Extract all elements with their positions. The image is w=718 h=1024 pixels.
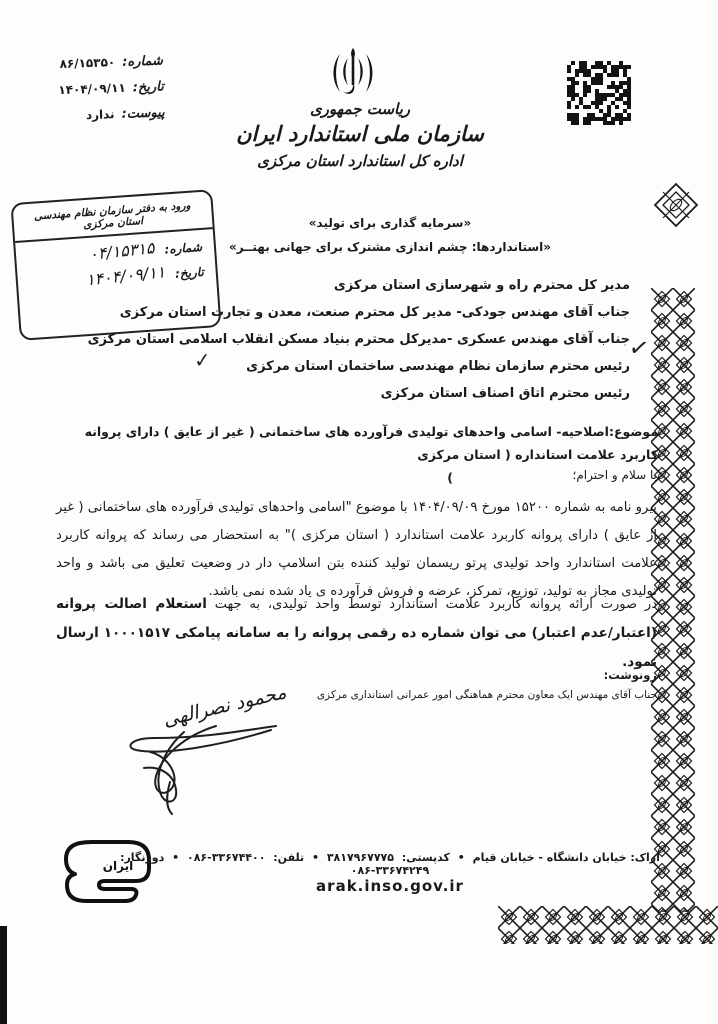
subject-line2: ): [58, 466, 453, 489]
footer-phone-label: تلفن:: [273, 851, 304, 864]
organization-header: ریاست جمهوری سازمان ملی استاندارد ایران …: [200, 100, 520, 170]
qr-code: [567, 61, 631, 127]
handwritten-signature: محمود نصرالهی: [66, 664, 301, 819]
recipient-line: رئیس محترم سازمان نظام مهندسی ساختمان اس…: [88, 353, 630, 380]
org-line-name: سازمان ملی استاندارد ایران: [200, 122, 520, 146]
letter-date-row: تاریخ: ۱۴۰۴/۰۹/۱۱: [16, 79, 164, 99]
org-line-office: اداره کل استاندارد استان مرکزی: [200, 152, 520, 170]
stamp-number-label: شماره:: [164, 240, 202, 257]
subject-block: موضوع:اصلاحیه- اسامی واحدهای تولیدی فرآو…: [58, 420, 658, 489]
letter-attachment-label: پیوست:: [121, 105, 165, 121]
footer-fax-value: ۰۸۶-۳۳۶۷۴۲۴۹: [351, 864, 429, 877]
footer-bullet: •: [172, 851, 179, 864]
footer-postal-label: کدپستی:: [402, 851, 450, 864]
slogan-standards: «استانداردها: چشم اندازی مشترک برای جهان…: [150, 235, 630, 259]
letter-date-label: تاریخ:: [132, 79, 164, 95]
letter-meta-block: شماره: ۸۶/۱۵۳۵۰ تاریخ: ۱۴۰۴/۰۹/۱۱ پیوست:…: [15, 53, 166, 136]
signature-flourish: [130, 726, 276, 814]
border-diamond-motif: [652, 181, 700, 229]
scanned-letter-page: شماره: ۸۶/۱۵۳۵۰ تاریخ: ۱۴۰۴/۰۹/۱۱ پیوست:…: [0, 0, 718, 1024]
recipient-line: مدیر کل محترم راه و شهرسازی استان مرکزی: [88, 272, 630, 299]
cc-block: رونوشت: جناب آقای مهندس ایک معاون محترم …: [317, 668, 657, 701]
footer-bullet: •: [458, 851, 465, 864]
footer-phone-value: ۰۸۶-۳۳۶۷۴۴۰۰: [187, 851, 265, 864]
recipient-line: رئیس محترم اتاق اصناف استان مرکزی: [88, 380, 630, 407]
greeting-line: با سلام و احترام؛: [573, 468, 657, 482]
iran-emblem-icon: [327, 44, 379, 102]
footer-website: arak.inso.gov.ir: [110, 877, 670, 895]
cc-recipient-line: جناب آقای مهندس ایک معاون محترم هماهنگی …: [317, 689, 657, 701]
letter-date-value: ۱۴۰۴/۰۹/۱۱: [58, 81, 126, 97]
subject-line1: موضوع:اصلاحیه- اسامی واحدهای تولیدی فرآو…: [58, 420, 658, 466]
signature-name-text: محمود نصرالهی: [161, 681, 288, 731]
border-pattern-bottom: [498, 906, 718, 944]
footer-address: اراک: خیابان دانشگاه - خیابان قیام: [473, 851, 660, 864]
cc-title: رونوشت:: [317, 668, 657, 682]
letter-number-label: شماره:: [122, 53, 163, 69]
recipient-line: جناب آقای مهندس جودکی- مدیر کل محترم صنع…: [88, 299, 630, 326]
footer-postal-value: ۳۸۱۷۹۶۷۷۷۵: [327, 851, 394, 864]
footer-contact-line: اراک: خیابان دانشگاه - خیابان قیام • کدپ…: [110, 851, 670, 877]
slogans-block: «سرمایه گذاری برای تولید» «استانداردها: …: [150, 211, 630, 259]
letter-attachment-row: پیوست: ندارد: [16, 105, 164, 125]
slogan-investment: «سرمایه گذاری برای تولید»: [150, 211, 630, 235]
recipient-line: جناب آقای مهندس عسکری -مدیرکل محترم بنیا…: [88, 326, 630, 353]
checkmark-annotation-left: ✓: [193, 347, 211, 372]
scan-edge-artifact: [0, 926, 7, 1024]
footer-fax-label: دورنگار:: [120, 851, 164, 864]
org-line-presidency: ریاست جمهوری: [200, 100, 520, 118]
letter-number-row: شماره: ۸۶/۱۵۳۵۰: [15, 53, 163, 73]
body-p2-regular: در صورت ارائه پروانه کاربرد علامت استاند…: [207, 597, 657, 612]
footer-bullet: •: [312, 851, 319, 864]
letter-attachment-value: ندارد: [86, 107, 115, 122]
recipients-list: مدیر کل محترم راه و شهرسازی استان مرکزی …: [88, 272, 630, 407]
letter-number-value: ۸۶/۱۵۳۵۰: [59, 55, 115, 71]
border-pattern-right: [651, 288, 695, 912]
checkmark-annotation-right: ✓: [627, 332, 652, 363]
